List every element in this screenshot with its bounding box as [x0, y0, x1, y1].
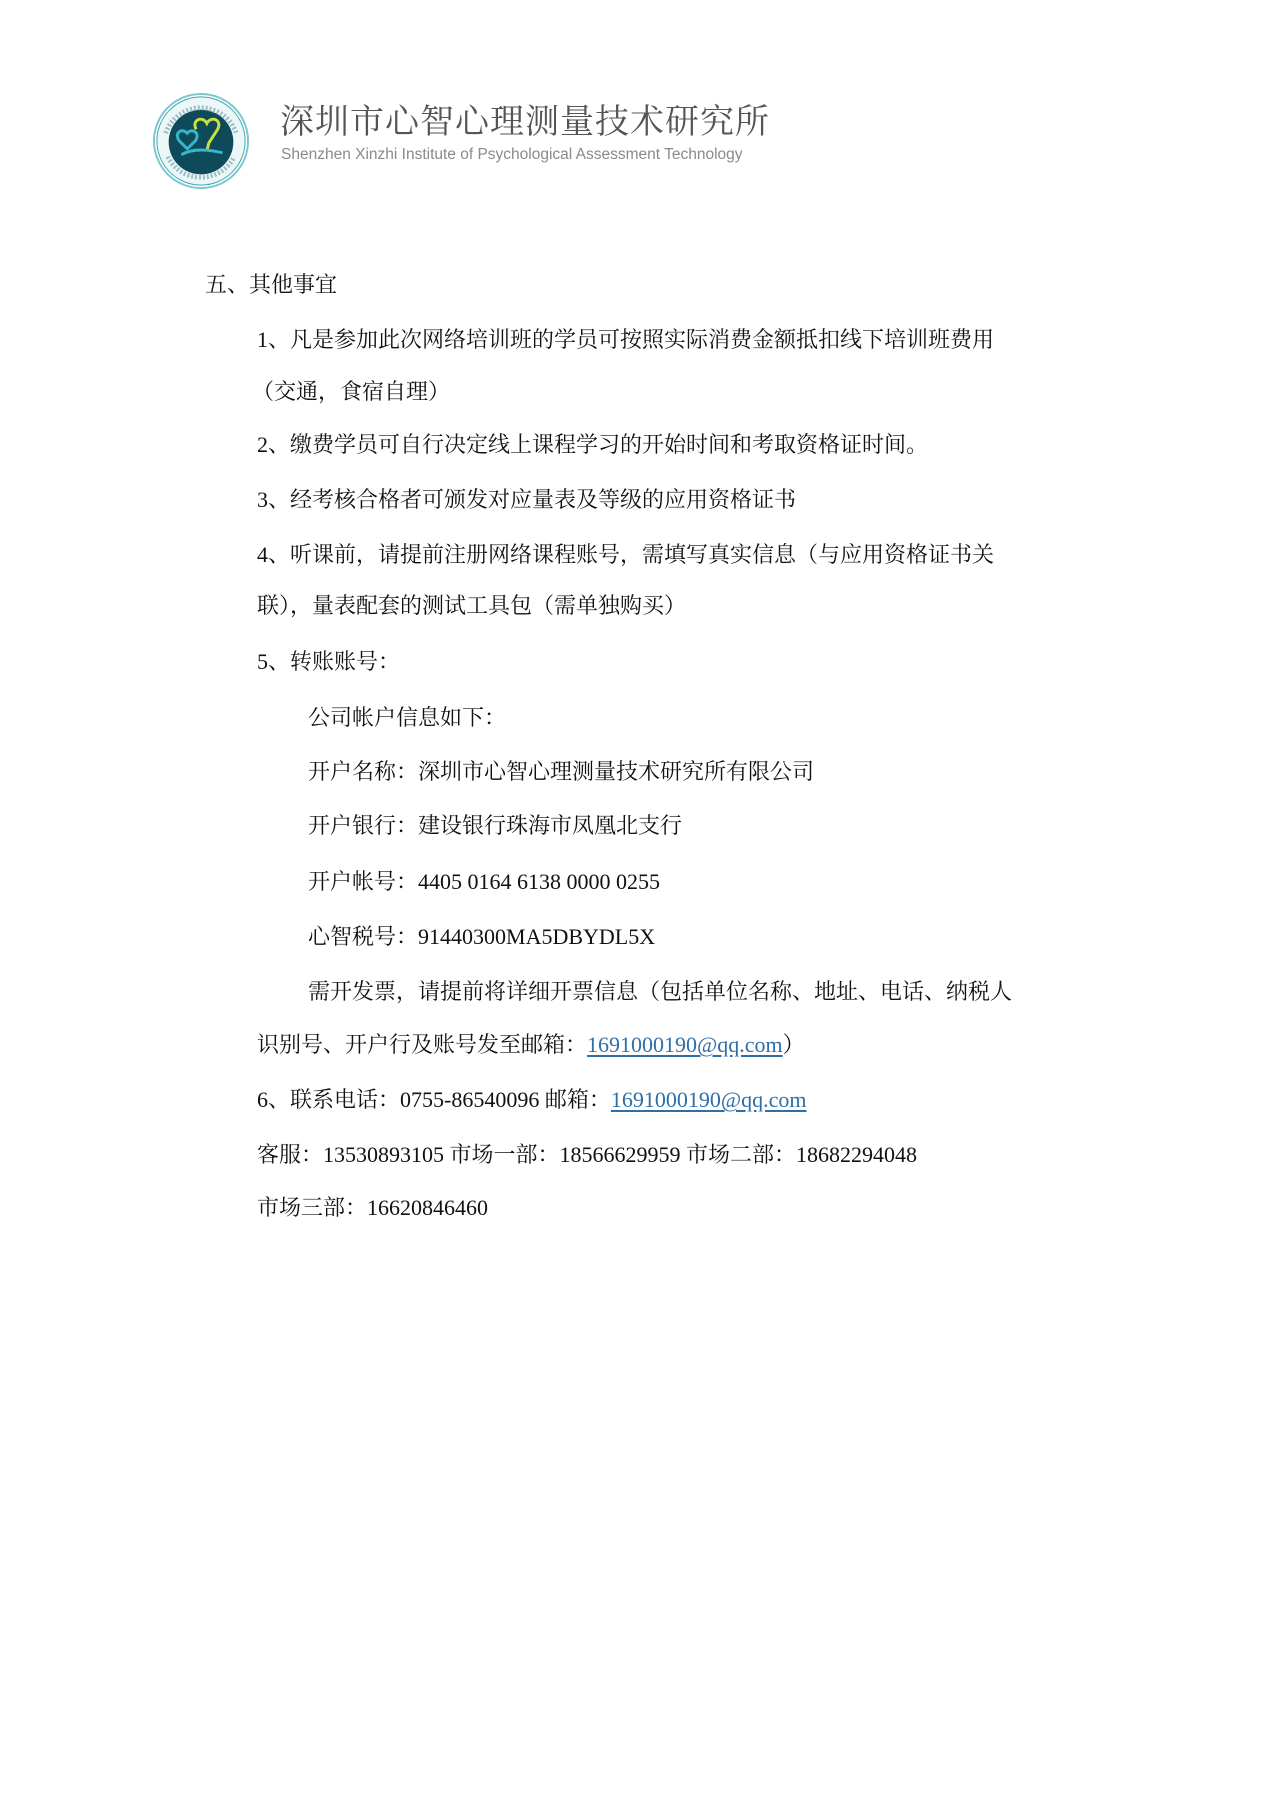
item-text: 听课前，请提前注册网络课程账号，需填写真实信息（与应用资格证书关	[290, 542, 994, 567]
twin-hearts-logo-icon	[152, 92, 250, 190]
org-name-en: Shenzhen Xinzhi Institute of Psychologic…	[281, 146, 743, 164]
tax-id-value: 91440300MA5DBYDL5X	[418, 924, 655, 949]
invoice-note: 需开发票，请提前将详细开票信息（包括单位名称、地址、电话、纳税人	[308, 977, 1012, 1007]
list-item-5: 5、转账账号：	[257, 647, 400, 677]
account-number-label: 开户帐号：	[308, 869, 418, 894]
list-item-4: 4、听课前，请提前注册网络课程账号，需填写真实信息（与应用资格证书关	[257, 540, 994, 570]
account-bank: 开户银行：建设银行珠海市凤凰北支行	[308, 811, 682, 841]
tax-id: 心智税号：91440300MA5DBYDL5X	[308, 922, 655, 952]
item-text: 转账账号：	[290, 649, 400, 674]
account-bank-label: 开户银行：	[308, 813, 418, 838]
market3-phone: 16620846460	[367, 1195, 488, 1220]
service-line: 客服：13530893105 市场一部：18566629959 市场二部：186…	[257, 1140, 917, 1170]
contact-line: 6、联系电话：0755-86540096 邮箱：1691000190@qq.co…	[257, 1085, 807, 1115]
item-text: 缴费学员可自行决定线上课程学习的开始时间和考取资格证时间。	[290, 432, 928, 457]
invoice-note-continuation: 识别号、开户行及账号发至邮箱：1691000190@qq.com）	[257, 1030, 805, 1060]
invoice-close-paren: ）	[783, 1032, 805, 1057]
item-number: 3、	[257, 487, 290, 512]
list-item-1: 1、凡是参加此次网络培训班的学员可按照实际消费金额抵扣线下培训班费用	[257, 325, 994, 355]
invoice-note-text: 识别号、开户行及账号发至邮箱：	[257, 1032, 587, 1057]
phone-label: 联系电话：	[290, 1087, 400, 1112]
item-number: 6、	[257, 1087, 290, 1112]
market3-label: 市场三部：	[257, 1195, 367, 1220]
account-number-value: 4405 0164 6138 0000 0255	[418, 869, 660, 894]
list-item-4-continuation: 联），量表配套的测试工具包（需单独购买）	[257, 591, 686, 621]
list-item-3: 3、经考核合格者可颁发对应量表及等级的应用资格证书	[257, 485, 796, 515]
account-number: 开户帐号：4405 0164 6138 0000 0255	[308, 867, 660, 897]
phone-value: 0755-86540096	[400, 1087, 539, 1112]
letterhead: 深圳市心智心理测量技术研究所 Shenzhen Xinzhi Institute…	[150, 90, 850, 200]
tax-id-label: 心智税号：	[308, 924, 418, 949]
item-number: 5、	[257, 649, 290, 674]
market1-phone: 18566629959	[560, 1142, 681, 1167]
item-number: 4、	[257, 542, 290, 567]
market1-label: 市场一部：	[450, 1142, 560, 1167]
item-text: 凡是参加此次网络培训班的学员可按照实际消费金额抵扣线下培训班费用	[290, 327, 994, 352]
item-text: 经考核合格者可颁发对应量表及等级的应用资格证书	[290, 487, 796, 512]
market2-label: 市场二部：	[686, 1142, 796, 1167]
contact-email-link[interactable]: 1691000190@qq.com	[611, 1087, 807, 1112]
service-phone: 13530893105	[323, 1142, 444, 1167]
service-label: 客服：	[257, 1142, 323, 1167]
account-name: 开户名称：深圳市心智心理测量技术研究所有限公司	[308, 757, 814, 787]
account-name-label: 开户名称：	[308, 759, 418, 784]
account-bank-value: 建设银行珠海市凤凰北支行	[418, 813, 682, 838]
org-name-cn: 深圳市心智心理测量技术研究所	[280, 94, 770, 143]
market2-phone: 18682294048	[796, 1142, 917, 1167]
section-title: 五、其他事宜	[205, 270, 337, 300]
email-label: 邮箱：	[545, 1087, 611, 1112]
market3-line: 市场三部：16620846460	[257, 1193, 488, 1223]
account-name-value: 深圳市心智心理测量技术研究所有限公司	[418, 759, 814, 784]
item-number: 2、	[257, 432, 290, 457]
list-item-2: 2、缴费学员可自行决定线上课程学习的开始时间和考取资格证时间。	[257, 430, 928, 460]
account-intro: 公司帐户信息如下：	[308, 703, 506, 733]
list-item-1-continuation: （交通，食宿自理）	[252, 377, 450, 407]
invoice-email-link[interactable]: 1691000190@qq.com	[587, 1032, 783, 1057]
item-number: 1、	[257, 327, 290, 352]
